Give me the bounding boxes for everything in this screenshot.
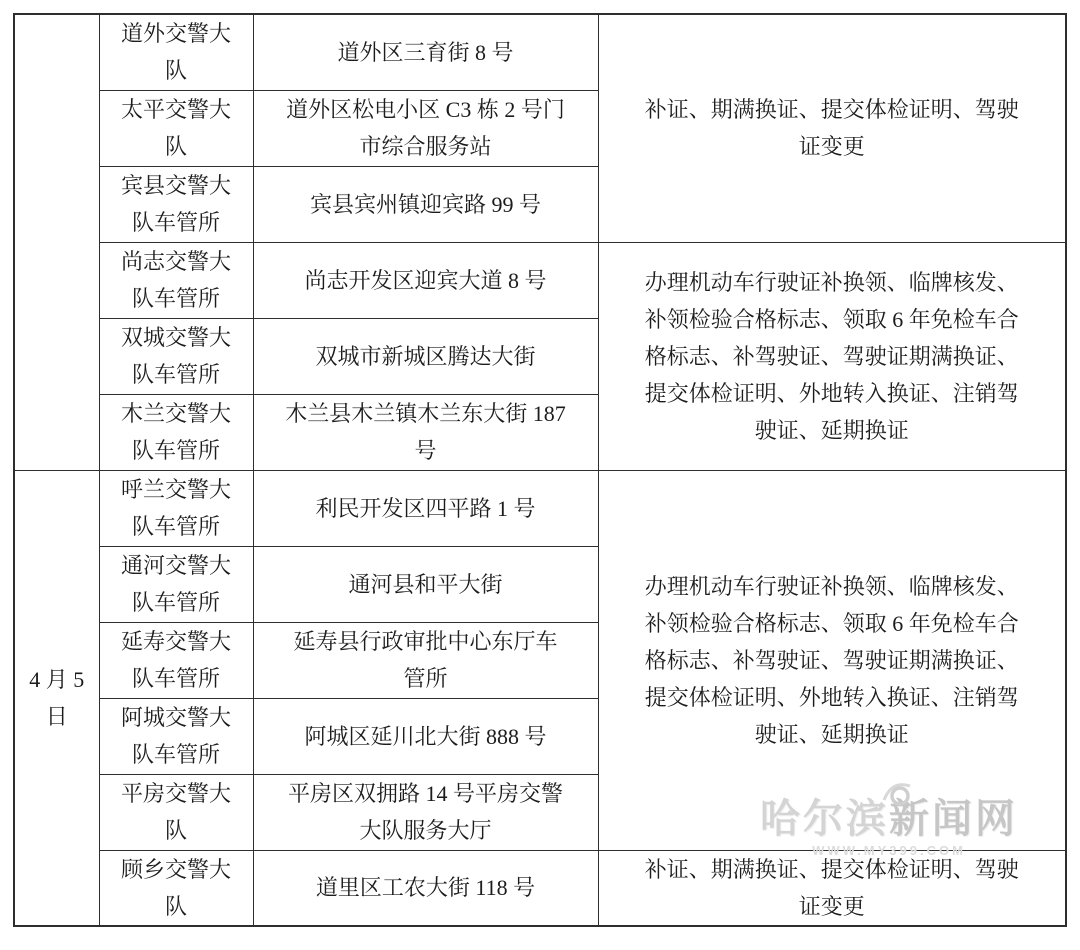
services-cell: 补证、期满换证、提交体检证明、驾驶 证变更 [598, 850, 1066, 926]
address-cell: 道外区松电小区 C3 栋 2 号门 市综合服务站 [253, 90, 598, 166]
department-cell: 双城交警大 队车管所 [99, 318, 253, 394]
department-cell: 宾县交警大 队车管所 [99, 166, 253, 242]
department-cell: 平房交警大 队 [99, 774, 253, 850]
services-cell: 办理机动车行驶证补换领、临牌核发、 补领检验合格标志、领取 6 年免检车合 格标… [598, 470, 1066, 850]
address-cell: 宾县宾州镇迎宾路 99 号 [253, 166, 598, 242]
department-cell: 尚志交警大 队车管所 [99, 242, 253, 318]
address-cell: 木兰县木兰镇木兰东大街 187 号 [253, 394, 598, 470]
address-cell: 阿城区延川北大街 888 号 [253, 698, 598, 774]
department-cell: 太平交警大 队 [99, 90, 253, 166]
department-cell: 阿城交警大 队车管所 [99, 698, 253, 774]
address-cell: 道里区工农大街 118 号 [253, 850, 598, 926]
service-schedule-table: 道外交警大 队 道外区三育街 8 号 补证、期满换证、提交体检证明、驾驶 证变更… [13, 13, 1067, 927]
department-cell: 通河交警大 队车管所 [99, 546, 253, 622]
table-row: 尚志交警大 队车管所 尚志开发区迎宾大道 8 号 办理机动车行驶证补换领、临牌核… [14, 242, 1066, 318]
address-cell: 道外区三育街 8 号 [253, 14, 598, 90]
date-cell [14, 14, 99, 470]
address-cell: 平房区双拥路 14 号平房交警 大队服务大厅 [253, 774, 598, 850]
table-row: 道外交警大 队 道外区三育街 8 号 补证、期满换证、提交体检证明、驾驶 证变更 [14, 14, 1066, 90]
table-row: 4 月 5 日 呼兰交警大 队车管所 利民开发区四平路 1 号 办理机动车行驶证… [14, 470, 1066, 546]
page: 道外交警大 队 道外区三育街 8 号 补证、期满换证、提交体检证明、驾驶 证变更… [0, 0, 1080, 950]
department-cell: 延寿交警大 队车管所 [99, 622, 253, 698]
department-cell: 顾乡交警大 队 [99, 850, 253, 926]
address-cell: 通河县和平大街 [253, 546, 598, 622]
table-row: 顾乡交警大 队 道里区工农大街 118 号 补证、期满换证、提交体检证明、驾驶 … [14, 850, 1066, 926]
address-cell: 延寿县行政审批中心东厅车 管所 [253, 622, 598, 698]
address-cell: 利民开发区四平路 1 号 [253, 470, 598, 546]
department-cell: 道外交警大 队 [99, 14, 253, 90]
address-cell: 尚志开发区迎宾大道 8 号 [253, 242, 598, 318]
address-cell: 双城市新城区腾达大街 [253, 318, 598, 394]
department-cell: 呼兰交警大 队车管所 [99, 470, 253, 546]
services-cell: 补证、期满换证、提交体检证明、驾驶 证变更 [598, 14, 1066, 242]
date-cell: 4 月 5 日 [14, 470, 99, 926]
department-cell: 木兰交警大 队车管所 [99, 394, 253, 470]
services-cell: 办理机动车行驶证补换领、临牌核发、 补领检验合格标志、领取 6 年免检车合 格标… [598, 242, 1066, 470]
